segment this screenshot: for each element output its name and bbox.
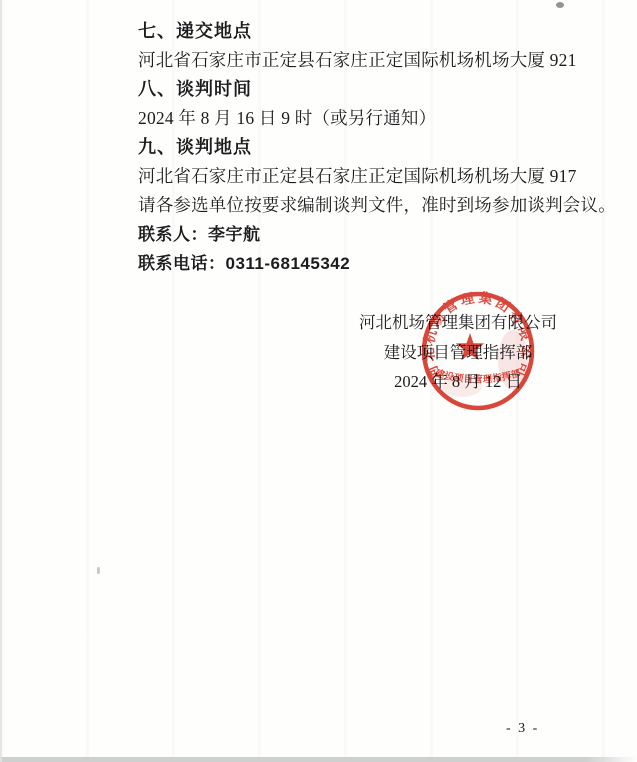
contact-phone-line: 联系电话：0311-68145342 <box>138 249 616 278</box>
submission-address-line: 河北省石家庄市正定县石家庄正定国际机场机场大厦 921 <box>138 46 616 75</box>
instruction-line: 请各参选单位按要求编制谈判文件，准时到场参加谈判会议。 <box>138 191 616 220</box>
seal-ring-text: 河北机场管理集团有限公司 <box>421 289 535 382</box>
scan-artifact-bottom-edge <box>0 757 637 762</box>
document-body: 七、递交地点 河北省石家庄市正定县石家庄正定国际机场机场大厦 921 八、谈判时… <box>138 17 616 278</box>
document-page: 七、递交地点 河北省石家庄市正定县石家庄正定国际机场机场大厦 921 八、谈判时… <box>0 0 637 762</box>
red-star-icon <box>456 333 485 360</box>
section-heading-negotiation-place: 九、谈判地点 <box>138 133 616 162</box>
scan-artifact-top-speck <box>556 2 564 8</box>
negotiation-time-line: 2024 年 8 月 16 日 9 时（或另行通知） <box>138 104 616 133</box>
official-seal: 河北机场管理集团有限公司 建设项目管理指挥部 <box>410 286 546 416</box>
negotiation-address-line: 河北省石家庄市正定县石家庄正定国际机场机场大厦 917 <box>138 162 616 191</box>
page-number: - 3 - <box>506 721 539 737</box>
scan-artifact-left-edge <box>0 0 2 762</box>
contact-person-line: 联系人：李宇航 <box>138 220 616 249</box>
official-seal-graphic: 河北机场管理集团有限公司 建设项目管理指挥部 <box>410 286 546 416</box>
scan-artifact-mid-speck <box>97 567 100 574</box>
seal-ring-text-path: 河北机场管理集团有限公司 <box>421 289 535 382</box>
section-heading-negotiation-time: 八、谈判时间 <box>138 75 616 104</box>
section-heading-submission-place: 七、递交地点 <box>138 17 616 46</box>
